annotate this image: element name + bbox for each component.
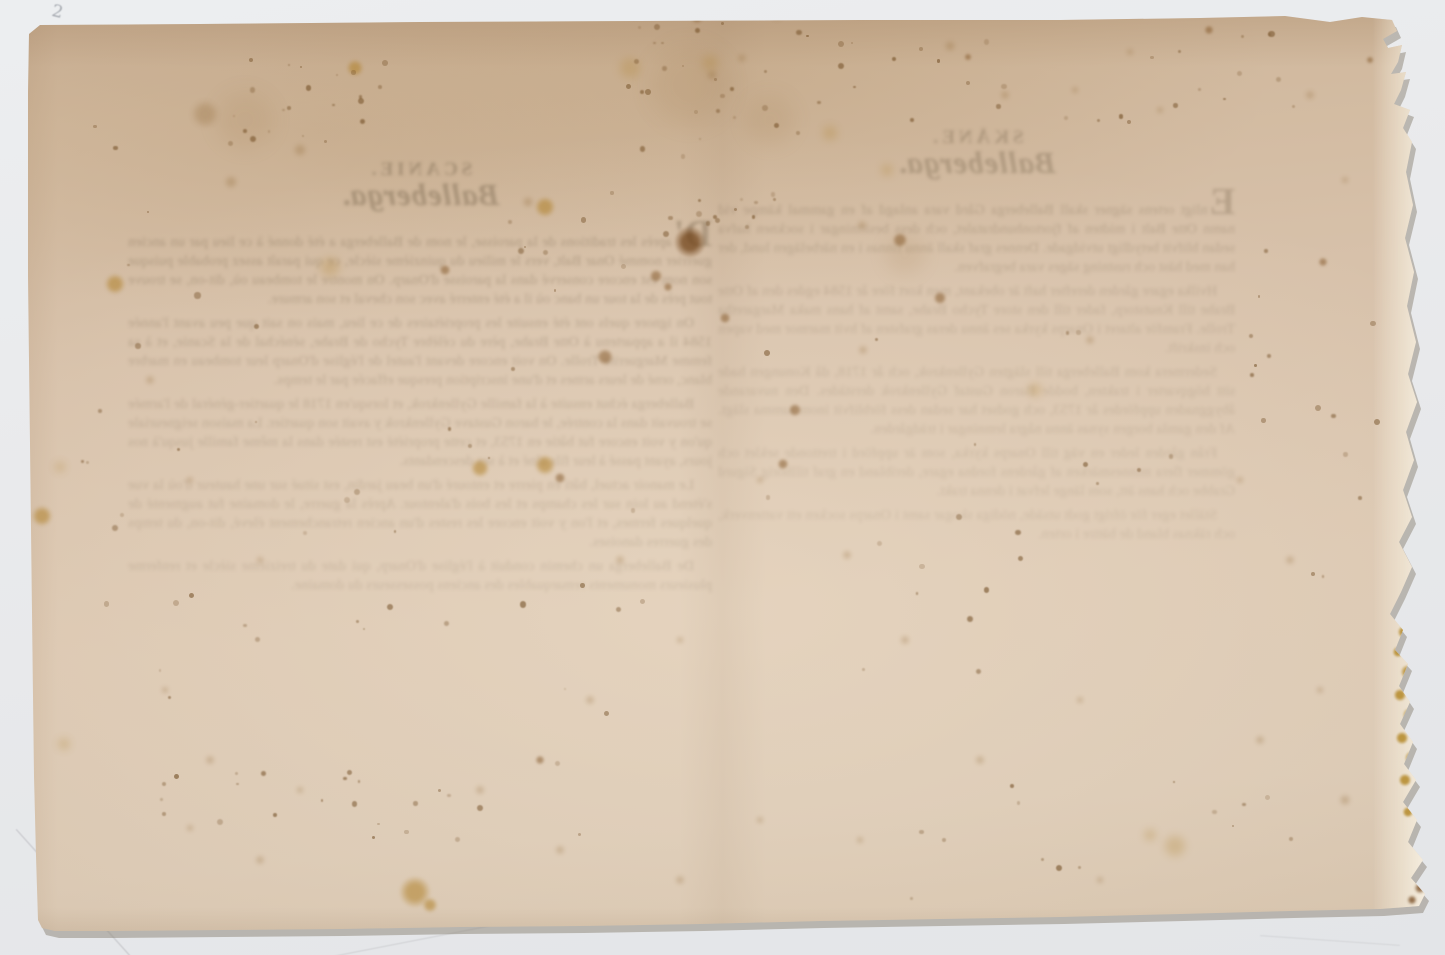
foxing-stain — [1318, 257, 1328, 267]
foxing-speckle — [162, 812, 166, 816]
foxing-stain — [53, 460, 67, 474]
foxing-speckle — [910, 118, 914, 122]
foxing-speckle — [796, 131, 800, 135]
foxing-speckle — [1258, 295, 1261, 298]
foxing-speckle — [838, 41, 844, 47]
showthrough-paragraph: On ignore quels ont été ensuite les prop… — [128, 314, 712, 390]
foxing-stain — [676, 636, 684, 644]
pencil-mark: 2 — [50, 1, 65, 23]
foxing-stain — [56, 736, 72, 752]
foxing-stain — [1407, 895, 1417, 905]
foxing-stain — [673, 225, 707, 259]
foxing-speckle — [853, 86, 855, 88]
foxing-speckle — [273, 813, 277, 817]
foxing-speckle — [1374, 419, 1380, 425]
foxing-stain — [470, 458, 490, 478]
foxing-speckle — [554, 289, 556, 291]
showthrough-paragraphs-french: D'après les traditions de la paroisse, l… — [128, 220, 712, 595]
foxing-stain — [857, 220, 867, 230]
foxing-speckle — [838, 63, 844, 69]
foxing-stain — [186, 824, 194, 832]
foxing-stain — [1414, 882, 1426, 894]
foxing-speckle — [634, 59, 639, 64]
foxing-stain — [293, 143, 307, 157]
showthrough-paragraph: Hvilka egare gården derefter haft är obe… — [718, 282, 1235, 358]
foxing-speckle — [910, 897, 913, 900]
foxing-stain — [1305, 90, 1315, 100]
foxing-stain — [690, 10, 704, 24]
foxing-speckle — [996, 104, 1000, 108]
foxing-stain — [877, 227, 933, 283]
foxing-stain — [858, 345, 868, 355]
foxing-stain — [1096, 876, 1104, 884]
foxing-speckle — [377, 823, 379, 825]
foxing-speckle — [113, 146, 117, 150]
foxing-speckle — [520, 601, 526, 607]
foxing-stain — [1085, 335, 1095, 345]
foxing-speckle — [413, 801, 418, 806]
foxing-stain — [944, 40, 956, 52]
foxing-speckle — [135, 343, 140, 348]
foxing-stain — [1161, 832, 1189, 860]
foxing-stain — [475, 785, 485, 795]
foxing-speckle — [250, 136, 256, 142]
foxing-speckle — [351, 70, 355, 74]
foxing-speckle — [300, 66, 302, 68]
showthrough-subtitle-swedish: Balleberga. — [718, 153, 1235, 172]
foxing-speckle — [555, 761, 560, 766]
foxing-speckle — [662, 66, 667, 71]
foxing-speckle — [508, 220, 512, 224]
foxing-speckle — [356, 620, 359, 623]
foxing-speckle — [447, 794, 451, 798]
foxing-speckle — [174, 774, 179, 779]
foxing-speckle — [363, 628, 365, 630]
foxing-stain — [104, 273, 126, 295]
foxing-stain — [717, 7, 727, 17]
foxing-stain — [1142, 827, 1158, 843]
foxing-speckle — [862, 668, 865, 671]
foxing-speckle — [352, 801, 357, 806]
foxing-speckle — [217, 819, 223, 825]
foxing-stain — [1316, 686, 1324, 694]
foxing-speckle — [621, 264, 626, 269]
foxing-stain — [933, 291, 947, 305]
foxing-speckle — [120, 513, 124, 517]
foxing-speckle — [261, 771, 266, 776]
foxing-speckle — [243, 624, 246, 627]
foxing-stain — [555, 845, 565, 855]
foxing-stain — [663, 282, 673, 292]
foxing-stain — [1285, 555, 1295, 565]
foxing-speckle — [1242, 803, 1245, 806]
foxing-stain — [975, 755, 985, 765]
foxing-speckle — [162, 782, 166, 786]
foxing-stain — [756, 816, 764, 824]
foxing-speckle — [916, 592, 918, 594]
foxing-speckle — [1261, 418, 1266, 423]
foxing-stain — [1126, 48, 1134, 56]
foxing-speckle — [1017, 801, 1020, 804]
foxing-stain — [777, 458, 789, 470]
foxing-speckle — [578, 833, 581, 836]
showthrough-subtitle-french: Balleberga. — [128, 185, 712, 204]
foxing-speckle — [1066, 331, 1070, 335]
foxing-stain — [820, 123, 840, 143]
foxing-speckle — [1358, 496, 1362, 500]
foxing-stain — [719, 312, 731, 324]
foxing-stain — [596, 348, 614, 366]
foxing-stain — [615, 555, 625, 565]
foxing-stain — [635, 30, 745, 140]
foxing-speckle — [696, 211, 702, 217]
showthrough-paragraph: Le manoir actuel, bâti en pierre et ento… — [128, 476, 712, 552]
foxing-speckle — [173, 600, 179, 606]
foxing-speckle — [1370, 321, 1375, 326]
foxing-speckle — [668, 216, 673, 221]
foxing-speckle — [714, 78, 716, 80]
foxing-stain — [675, 875, 685, 885]
foxing-stain — [186, 476, 194, 484]
foxing-speckle — [468, 444, 472, 448]
foxing-speckle — [1076, 330, 1080, 334]
foxing-speckle — [984, 587, 989, 592]
foxing-stain — [1076, 696, 1084, 704]
foxing-speckle — [287, 106, 291, 110]
foxing-stain — [522, 196, 534, 208]
foxing-speckle — [1150, 56, 1153, 59]
foxing-speckle — [706, 221, 710, 225]
foxing-speckle — [654, 24, 660, 30]
foxing-stain — [31, 505, 53, 527]
foxing-stain — [554, 472, 566, 484]
foxing-speckle — [347, 770, 352, 775]
foxing-speckle — [1173, 781, 1175, 783]
showthrough-column-swedish: SKÅNE. Balleberga. Enligt ortens sägner … — [718, 128, 1235, 549]
foxing-stain — [1366, 56, 1374, 64]
foxing-speckle — [754, 201, 757, 204]
foxing-speckle — [796, 30, 801, 35]
foxing-speckle — [716, 109, 720, 113]
foxing-stain — [964, 53, 972, 61]
foxing-speckle — [682, 65, 684, 67]
foxing-stain — [205, 755, 215, 765]
foxing-speckle — [640, 599, 645, 604]
foxing-stain — [1204, 25, 1214, 35]
foxing-stain — [1255, 735, 1265, 745]
foxing-stain — [735, 85, 805, 155]
foxing-stain — [317, 254, 343, 280]
foxing-speckle — [875, 338, 878, 341]
foxing-speckle — [98, 409, 102, 413]
foxing-stain — [1156, 106, 1164, 114]
glue-remnant — [1393, 688, 1407, 702]
foxing-speckle — [1041, 858, 1044, 861]
foxing-stain — [256, 556, 264, 564]
foxing-speckle — [543, 250, 548, 255]
foxing-stain — [1236, 476, 1244, 484]
foxing-speckle — [1268, 31, 1274, 37]
foxing-speckle — [942, 838, 946, 842]
foxing-speckle — [640, 146, 646, 152]
foxing-speckle — [1015, 530, 1021, 536]
foxing-speckle — [477, 805, 483, 811]
foxing-speckle — [638, 26, 641, 29]
foxing-speckle — [336, 74, 338, 76]
showthrough-paragraph: De Balleberga un chemin conduit à l'égli… — [128, 557, 712, 595]
glue-remnant — [1402, 806, 1414, 818]
foxing-stain — [900, 635, 910, 645]
foxing-speckle — [762, 105, 768, 111]
foxing-stain — [255, 855, 265, 865]
foxing-speckle — [661, 42, 664, 45]
foxing-speckle — [1249, 334, 1253, 338]
foxing-speckle — [1264, 249, 1267, 252]
foxing-speckle — [194, 292, 200, 298]
foxing-stain — [879, 162, 895, 178]
foxing-speckle — [764, 350, 770, 356]
foxing-speckle — [177, 448, 180, 451]
showthrough-paragraph: Från gården leder en väg till Onarps kyr… — [718, 444, 1235, 501]
foxing-speckle — [730, 87, 734, 91]
foxing-speckle — [616, 607, 621, 612]
showthrough-paragraph: Enligt ortens sägner skall Balleberga Gå… — [718, 188, 1235, 277]
foxing-speckle — [640, 90, 644, 94]
foxing-speckle — [610, 191, 613, 194]
foxing-speckle — [1173, 103, 1177, 107]
foxing-speckle — [771, 192, 775, 196]
foxing-speckle — [1096, 482, 1099, 485]
foxing-stain — [771, 9, 783, 21]
foxing-speckle — [631, 508, 636, 513]
foxing-speckle — [1343, 452, 1348, 457]
foxing-stain — [756, 476, 764, 484]
foxing-speckle — [1010, 784, 1014, 788]
foxing-speckle — [581, 217, 587, 223]
foxing-speckle — [974, 443, 976, 445]
foxing-stain — [422, 897, 438, 913]
foxing-speckle — [645, 89, 651, 95]
foxing-speckle — [448, 427, 451, 430]
foxing-stain — [224, 175, 238, 189]
foxing-stain — [1000, 90, 1010, 100]
foxing-speckle — [1322, 575, 1325, 578]
showthrough-column-french: SCANIE. Balleberga. D'après les traditio… — [128, 160, 712, 600]
foxing-stain — [534, 196, 556, 218]
showthrough-paragraph: Balleberga échut ensuite à la famille Gy… — [128, 395, 712, 471]
foxing-speckle — [937, 59, 940, 62]
showthrough-paragraph: Stället eger för öfrigt godt utsäde, nöd… — [718, 506, 1235, 544]
foxing-stain — [205, 80, 285, 160]
foxing-stain — [1339, 794, 1351, 806]
foxing-speckle — [1250, 373, 1254, 377]
foxing-speckle — [919, 564, 924, 569]
foxing-speckle — [919, 830, 923, 834]
foxing-speckle — [306, 85, 311, 90]
foxing-speckle — [698, 199, 701, 202]
foxing-speckle — [1311, 572, 1315, 576]
foxing-speckle — [243, 129, 247, 133]
foxing-speckle — [236, 783, 239, 786]
foxing-speckle — [354, 489, 360, 495]
foxing-speckle — [444, 621, 449, 626]
foxing-stain — [788, 403, 802, 417]
showthrough-paragraphs-swedish: Enligt ortens sägner skall Balleberga Gå… — [718, 188, 1235, 544]
foxing-stain — [534, 454, 556, 476]
foxing-speckle — [343, 777, 346, 780]
foxing-stain — [161, 686, 169, 694]
foxing-stain — [585, 695, 595, 705]
foxing-speckle — [321, 799, 323, 801]
foxing-stain — [145, 375, 155, 385]
glue-remnant — [1395, 731, 1409, 745]
photograph-of-antique-leaf: 2 SCANIE. Balleberga. D'après les tradit… — [0, 0, 1445, 955]
foxing-speckle — [1119, 114, 1124, 119]
glue-remnant — [1398, 773, 1412, 787]
showthrough-paragraph: Sedermera kom Balleberga till slägten Gy… — [718, 363, 1235, 439]
foxing-speckle — [877, 541, 882, 546]
foxing-speckle — [1289, 837, 1293, 841]
backdrop-crease — [1260, 935, 1400, 946]
foxing-speckle — [774, 123, 779, 128]
foxing-speckle — [382, 60, 388, 66]
foxing-stain — [856, 836, 864, 844]
foxing-speckle — [81, 460, 83, 462]
paper-leaf: SCANIE. Balleberga. D'après les traditio… — [0, 0, 1445, 955]
foxing-stain — [649, 269, 663, 283]
foxing-stain — [535, 755, 545, 765]
foxing-speckle — [394, 530, 396, 532]
foxing-speckle — [766, 495, 771, 500]
foxing-speckle — [626, 84, 631, 89]
foxing-stain — [296, 786, 304, 794]
foxing-speckle — [1292, 105, 1295, 108]
foxing-speckle — [1254, 364, 1257, 367]
foxing-speckle — [268, 130, 271, 133]
foxing-speckle — [967, 616, 973, 622]
foxing-speckle — [773, 198, 776, 201]
foxing-speckle — [147, 211, 150, 214]
foxing-speckle — [1169, 454, 1173, 458]
foxing-speckle — [235, 772, 238, 775]
foxing-speckle — [604, 711, 609, 716]
foxing-stain — [842, 550, 852, 560]
foxing-stain — [439, 264, 451, 276]
foxing-speckle — [488, 457, 490, 459]
foxing-stain — [1341, 176, 1349, 184]
foxing-stain — [1071, 86, 1079, 94]
foxing-stain — [1026, 381, 1044, 399]
foxing-speckle — [93, 125, 97, 129]
foxing-speckle — [1331, 414, 1335, 418]
